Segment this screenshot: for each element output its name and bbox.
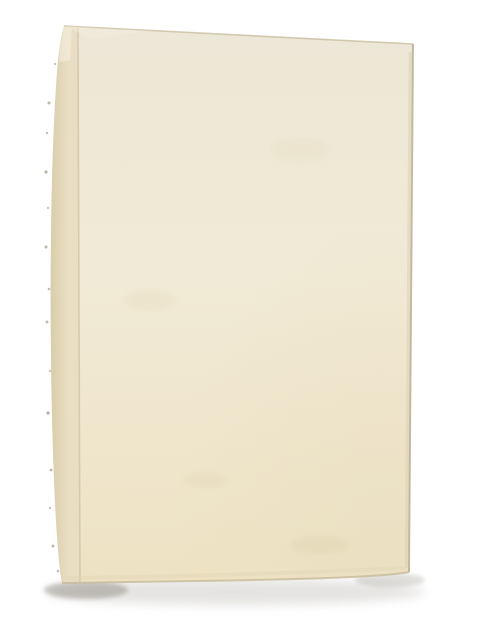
cover-smudge [270, 138, 330, 162]
foxing-speckle [48, 102, 51, 105]
foxing-speckle [48, 288, 51, 291]
foxing-speckle [44, 170, 47, 173]
cover-smudge [183, 472, 227, 488]
book-photograph [0, 0, 480, 640]
photo-canvas [0, 0, 480, 640]
book-spine [51, 26, 80, 583]
foxing-speckle [45, 246, 48, 249]
foxing-speckle [49, 370, 51, 372]
foxing-speckle [49, 507, 51, 509]
cover-smudge [290, 536, 350, 554]
foxing-speckle [52, 545, 55, 548]
cast-shadow-spine [44, 581, 128, 599]
foxing-speckle [46, 411, 49, 414]
cover-smudge [124, 290, 176, 310]
foxing-speckle [57, 570, 60, 573]
foxing-speckle [54, 63, 56, 65]
cover-age-tint [51, 26, 413, 583]
foxing-speckle [50, 469, 53, 472]
foxing-speckle [46, 132, 48, 134]
foxing-speckle [47, 207, 49, 209]
foxing-speckle [46, 321, 49, 324]
